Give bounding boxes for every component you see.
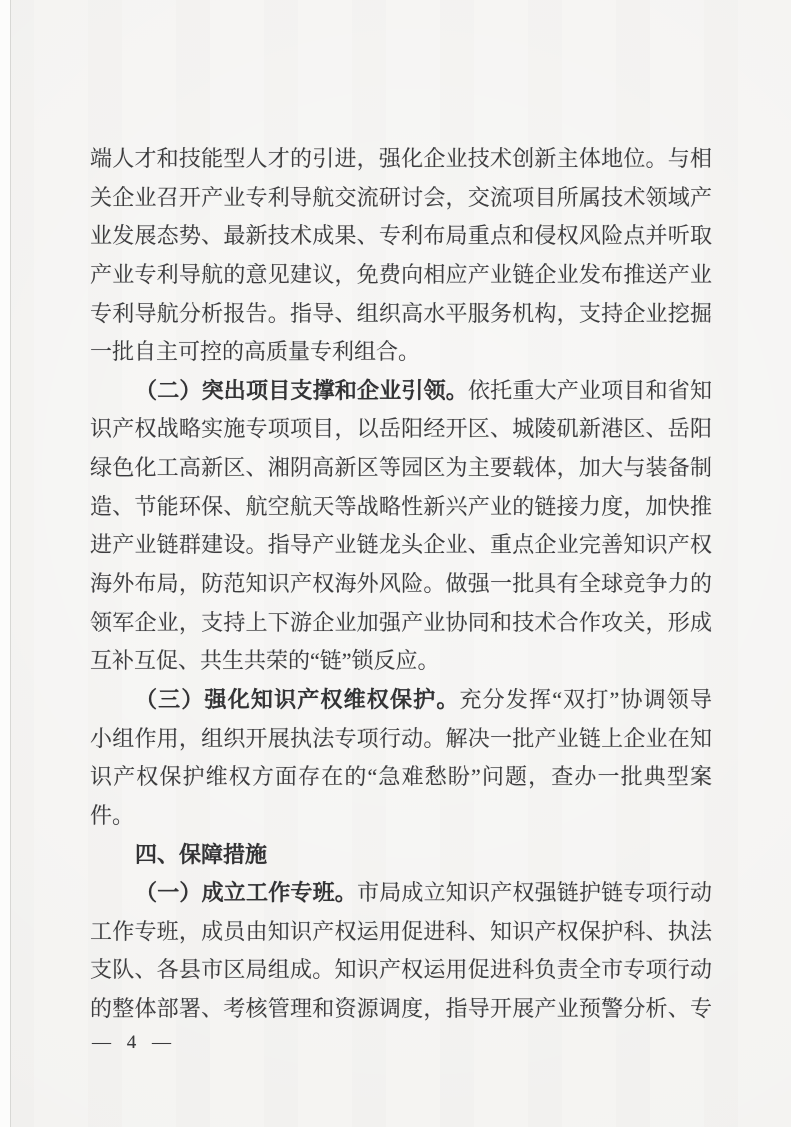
text-line: 关企业召开产业专利导航交流研讨会，交流项目所属技术领域产: [90, 179, 712, 218]
text-line: 支队、各县市区局组成。知识产权运用促进科负责全市专项行动: [90, 951, 712, 990]
body-text: 小组作用，组织开展执法专项行动。解决一批产业链上企业在知: [90, 726, 712, 751]
body-text: 支队、各县市区局组成。知识产权运用促进科负责全市专项行动: [90, 957, 712, 982]
body-text: 领军企业，支持上下游企业加强产业协同和技术合作攻关，形成: [90, 610, 712, 635]
text-line: 小组作用，组织开展执法专项行动。解决一批产业链上企业在知: [90, 720, 712, 759]
text-line: 领军企业，支持上下游企业加强产业协同和技术合作攻关，形成: [90, 604, 712, 643]
text-line: 产业专利导航的意见建议，免费向相应产业链企业发布推送产业: [90, 256, 712, 295]
body-text: 绿色化工高新区、湘阴高新区等园区为主要载体，加大与装备制: [90, 455, 712, 480]
body-text: 造、节能环保、航空航天等战略性新兴产业的链接力度，加快推: [90, 494, 712, 519]
body-text: 充分发挥“双打”协调领导: [460, 687, 713, 712]
text-line: 工作专班，成员由知识产权运用促进科、知识产权保护科、执法: [90, 913, 712, 952]
text-line: 一批自主可控的高质量专利组合。: [90, 333, 712, 372]
text-line: （二）突出项目支撑和企业引领。依托重大产业项目和省知: [90, 372, 712, 411]
body-text: 工作专班，成员由知识产权运用促进科、知识产权保护科、执法: [90, 919, 712, 944]
text-line: 四、保障措施: [90, 836, 712, 875]
body-text: 关企业召开产业专利导航交流研讨会，交流项目所属技术领域产: [90, 185, 712, 210]
text-line: 件。: [90, 797, 712, 836]
text-line: 识产权战略实施专项项目，以岳阳经开区、城陵矶新港区、岳阳: [90, 410, 712, 449]
text-line: 海外布局，防范知识产权海外风险。做强一批具有全球竞争力的: [90, 565, 712, 604]
document-page: 端人才和技能型人才的引进，强化企业技术创新主体地位。与相关企业召开产业专利导航交…: [0, 0, 791, 1127]
page-number: — 4 —: [92, 1032, 174, 1054]
body-text: 的整体部署、考核管理和资源调度，指导开展产业预警分析、专: [90, 996, 712, 1021]
body-text: 识产权保护维权方面存在的“急难愁盼”问题，查办一批典型案: [90, 764, 712, 789]
body-text: 依托重大产业项目和省知: [468, 378, 712, 403]
body-text: 进产业链群建设。指导产业链龙头企业、重点企业完善知识产权: [90, 532, 712, 557]
body-text: 专利导航分析报告。指导、组织高水平服务机构，支持企业挖掘: [90, 301, 712, 326]
body-text: 识产权战略实施专项项目，以岳阳经开区、城陵矶新港区、岳阳: [90, 416, 712, 441]
body-text: 业发展态势、最新技术成果、专利布局重点和侵权风险点并听取: [90, 223, 712, 248]
body-text: 产业专利导航的意见建议，免费向相应产业链企业发布推送产业: [90, 262, 712, 287]
text-line: 进产业链群建设。指导产业链龙头企业、重点企业完善知识产权: [90, 526, 712, 565]
text-line: 专利导航分析报告。指导、组织高水平服务机构，支持企业挖掘: [90, 295, 712, 334]
text-line: （三）强化知识产权维权保护。充分发挥“双打”协调领导: [90, 681, 712, 720]
body-text: 互补互促、共生共荣的“链”锁反应。: [90, 648, 440, 673]
text-line: 识产权保护维权方面存在的“急难愁盼”问题，查办一批典型案: [90, 758, 712, 797]
text-line: 绿色化工高新区、湘阴高新区等园区为主要载体，加大与装备制: [90, 449, 712, 488]
heading-text: （一）成立工作专班。: [135, 881, 357, 906]
text-line: （一）成立工作专班。市局成立知识产权强链护链专项行动: [90, 874, 712, 913]
text-line: 的整体部署、考核管理和资源调度，指导开展产业预警分析、专: [90, 990, 712, 1029]
heading-text: 四、保障措施: [135, 843, 267, 868]
body-text: 市局成立知识产权强链护链专项行动: [357, 880, 712, 905]
text-line: 业发展态势、最新技术成果、专利布局重点和侵权风险点并听取: [90, 217, 712, 256]
heading-text: （二）突出项目支撑和企业引领。: [135, 379, 468, 404]
body-text: 件。: [90, 803, 134, 828]
heading-text: （三）强化知识产权维权保护。: [135, 688, 460, 713]
scan-left-edge: [0, 0, 11, 1127]
text-line: 造、节能环保、航空航天等战略性新兴产业的链接力度，加快推: [90, 488, 712, 527]
body-text: 端人才和技能型人才的引进，强化企业技术创新主体地位。与相: [90, 146, 712, 171]
body-text: 海外布局，防范知识产权海外风险。做强一批具有全球竞争力的: [90, 571, 712, 596]
text-line: 互补互促、共生共荣的“链”锁反应。: [90, 642, 712, 681]
document-body-text: 端人才和技能型人才的引进，强化企业技术创新主体地位。与相关企业召开产业专利导航交…: [90, 140, 712, 1029]
body-text: 一批自主可控的高质量专利组合。: [90, 339, 420, 364]
text-line: 端人才和技能型人才的引进，强化企业技术创新主体地位。与相: [90, 140, 712, 179]
